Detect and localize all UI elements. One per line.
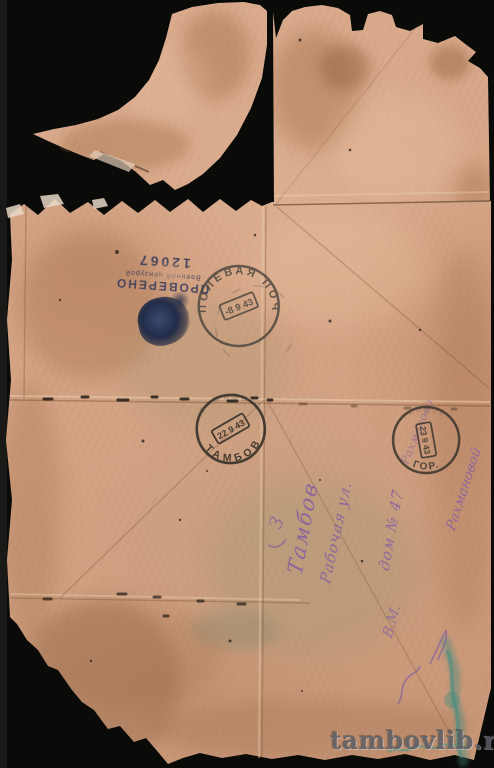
svg-text:ТАМБОВ: ТАМБОВ [400, 403, 449, 425]
stain [120, 40, 210, 120]
postmark-date-box: 22 9 43 [211, 413, 250, 444]
watermark: tambovlib.ru [330, 726, 490, 755]
postmark-date-box: 23 9 43 [416, 422, 437, 458]
postmark-arc-label: ТАМБОВ [400, 403, 449, 425]
stain [190, 610, 280, 650]
stain [320, 45, 370, 90]
scanner-edge-strip [0, 0, 7, 768]
stain [430, 45, 470, 80]
postmark-tambov: ТАМБОВ ТАМБОВ 22 9 43 [176, 374, 286, 488]
stain [180, 10, 250, 100]
stain [0, 380, 60, 640]
postmark-date-box: -8 9 43 [219, 292, 258, 320]
stain [330, 90, 460, 200]
envelope-scan: ПРОВЕРЕНО Военной цензурой 12067 ПОЛЕВАЯ… [0, 0, 494, 768]
stain [40, 600, 220, 710]
stain [270, 30, 360, 150]
svg-text:ТАМБОВ: ТАМБОВ [196, 389, 253, 415]
postmark-arc-label: ТАМБОВ [196, 389, 253, 415]
postmark-field-post: ПОЛЕВАЯ ПОЧТА -8 9 43 [180, 247, 298, 368]
stain [20, 600, 180, 760]
stain [60, 120, 190, 170]
